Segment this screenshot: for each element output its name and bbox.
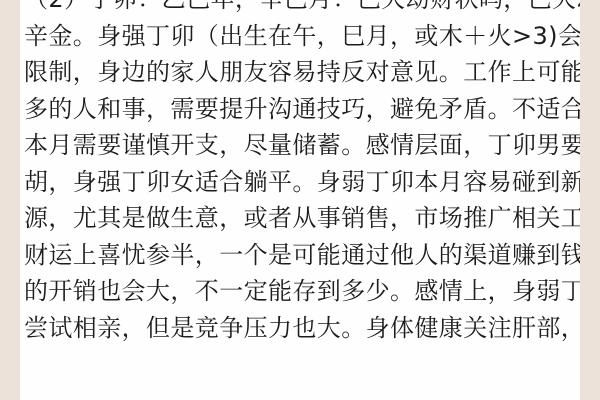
- text-line-5: 本月需要谨慎开支，尽量储蓄。感情层面，丁卯男要小心被人截: [24, 127, 580, 164]
- text-line-9: 的开销也会大，不一定能存到多少。感情上，身弱丁卯男女可以: [24, 273, 580, 310]
- document-text: （2）丁卯：乙巳年，辛巳月：巳火劫财状吗，巳火劫财合偏财 辛金。身强丁卯（出生在…: [24, 0, 580, 346]
- text-line-3: 限制，身边的家人朋友容易持反对意见。工作上可能需要对接更: [24, 54, 580, 91]
- text-line-6: 胡，身强丁卯女适合躺平。身弱丁卯本月容易碰到新的人脉和资: [24, 164, 580, 201]
- text-line-7: 源，尤其是做生意，或者从事销售，市场推广相关工作的宝子。: [24, 200, 580, 237]
- text-line-10: 尝试相亲，但是竞争压力也大。身体健康关注肝部，肠胃，眼睛，: [24, 310, 580, 347]
- text-line-1: （2）丁卯：乙巳年，辛巳月：巳火劫财状吗，巳火劫财合偏财: [24, 0, 580, 18]
- text-line-8: 财运上喜忧参半，一个是可能通过他人的渠道赚到钱，但是自己: [24, 237, 580, 274]
- text-line-2: 辛金。身强丁卯（出生在午，巳月，或木＋火>3)会感觉做事受: [24, 18, 580, 55]
- text-line-4: 多的人和事，需要提升沟通技巧，避免矛盾。不适合大额投资，: [24, 91, 580, 128]
- document-page: （2）丁卯：乙巳年，辛巳月：巳火劫财状吗，巳火劫财合偏财 辛金。身强丁卯（出生在…: [20, 0, 580, 400]
